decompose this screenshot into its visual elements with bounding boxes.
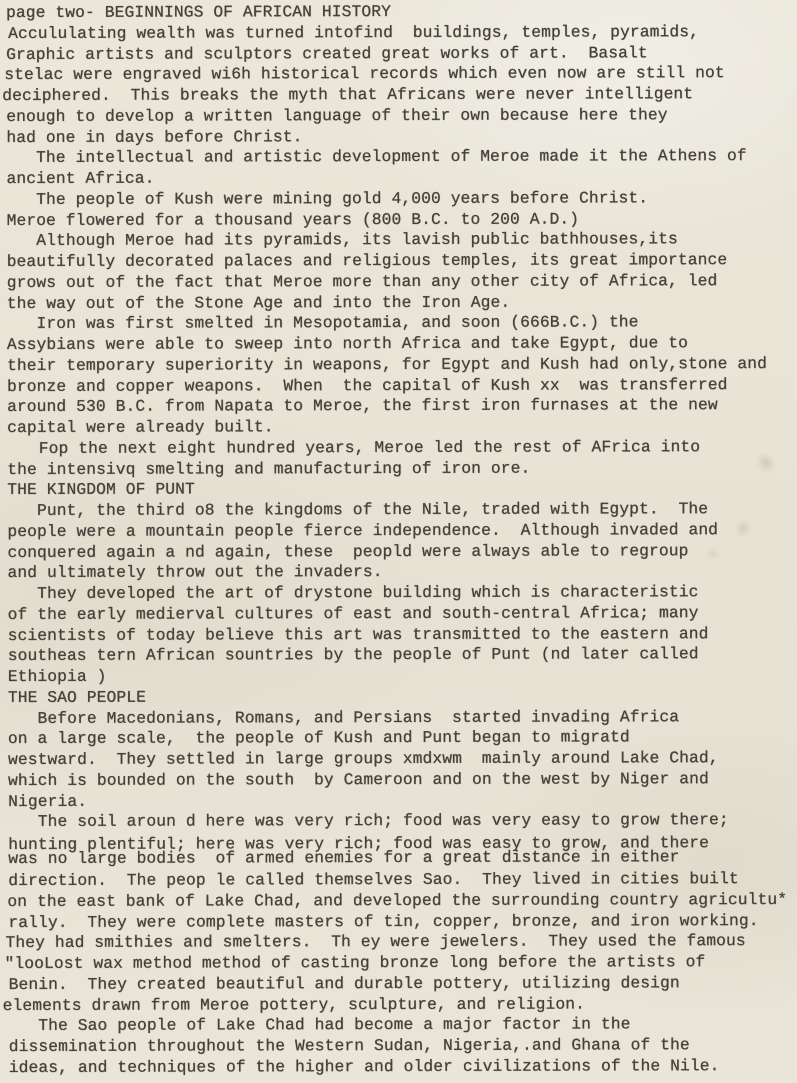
text-line: enough to develop a written language of … — [6, 105, 797, 128]
text-line: had one in days before Christ. — [6, 125, 797, 148]
text-line: Before Macedonians, Romans, and Persians… — [8, 706, 797, 729]
text-line: Benin. They created beautiful and durabl… — [9, 973, 797, 996]
text-line: ancient Africa. — [6, 167, 797, 190]
text-line: capital were already built. — [7, 416, 797, 439]
text-line: southeas tern African sountries by the p… — [8, 644, 797, 667]
text-line: Graphic artists and sculptors created gr… — [6, 42, 797, 65]
text-line: Fop the next eight hundred years, Meroe … — [9, 437, 797, 460]
text-line: grows out of the fact that Meroe more th… — [7, 271, 797, 294]
text-line: Iron was first smelted in Mesopotamia, a… — [7, 312, 797, 335]
text-line: westward. They settled in large groups x… — [8, 748, 797, 771]
text-line: "looLost wax method method of casting br… — [4, 952, 797, 975]
pencil-smudge — [706, 548, 720, 560]
text-line: their temporary superiority in weapons, … — [7, 354, 797, 377]
text-line: page two- BEGINNINGS OF AFRICAN HISTORY — [6, 1, 797, 24]
text-line: THE SAO PEOPLE — [8, 686, 797, 709]
text-line: bronze and copper weapons. When the capi… — [7, 374, 797, 397]
text-line: on a large scale, the people of Kush and… — [8, 727, 797, 750]
text-line: Punt, the third o8 the kingdoms of the N… — [7, 499, 797, 522]
text-line: THE KINGDOM OF PUNT — [7, 478, 797, 501]
scanned-document-page: page two- BEGINNINGS OF AFRICAN HISTORYA… — [0, 0, 797, 1083]
text-line: deciphered. This breaks the myth that Af… — [2, 84, 797, 107]
text-line: and ultimately throw out the invaders. — [7, 561, 797, 584]
typewritten-text-block: page two- BEGINNINGS OF AFRICAN HISTORYA… — [6, 1, 797, 1079]
text-line: They had smithies and smelters. Th ey we… — [5, 931, 797, 954]
text-line: The soil aroun d here was very rich; foo… — [8, 810, 797, 833]
text-line: The Sao people of Lake Chad had become a… — [9, 1014, 797, 1037]
text-line: was no large bodies of armed enemies for… — [8, 847, 797, 870]
text-line: Although Meroe had its pyramids, its lav… — [7, 229, 797, 252]
text-line: ideas, and techniques of the higher and … — [9, 1056, 797, 1079]
text-line: dissemination throughout the Western Sud… — [9, 1035, 797, 1058]
text-line: The intellectual and artistic developmen… — [6, 146, 797, 169]
text-line: rally. They were complete masters of tin… — [8, 910, 797, 933]
text-line: They developed the art of drystone build… — [8, 582, 797, 605]
text-line: of the early medierval cultures of east … — [8, 603, 797, 626]
text-line: Meroe flowered for a thousand years (800… — [7, 208, 797, 231]
text-line: people were a mountain people fierce ind… — [7, 520, 797, 543]
text-line: around 530 B.C. from Napata to Meroe, th… — [7, 395, 797, 418]
text-line: on the east bank of Lake Chad, and devel… — [7, 890, 797, 913]
text-line: the way out of the Stone Age and into th… — [7, 291, 797, 314]
text-line: conquered again a nd again, these peopld… — [7, 540, 797, 563]
text-line: Accululating wealth was turned intofind … — [8, 22, 797, 45]
text-line: The people of Kush were mining gold 4,00… — [6, 188, 797, 211]
text-line: Ethiopia ) — [8, 665, 797, 688]
text-line: which is bounded on the south by Cameroo… — [8, 769, 797, 792]
text-line: scientists of today believe this art was… — [8, 623, 797, 646]
text-line: Assybians were able to sweep into north … — [7, 333, 797, 356]
text-line: stelac were engraved wi6h historical rec… — [4, 63, 797, 86]
text-line: direction. The peop le called themselves… — [8, 869, 797, 892]
text-line: beautifully decorated palaces and religi… — [7, 250, 797, 273]
text-line: Nigeria. — [8, 789, 797, 812]
text-line: elements drawn from Meroe pottery, sculp… — [3, 993, 797, 1016]
text-line: the intensivq smelting and manufacturing… — [7, 457, 797, 480]
